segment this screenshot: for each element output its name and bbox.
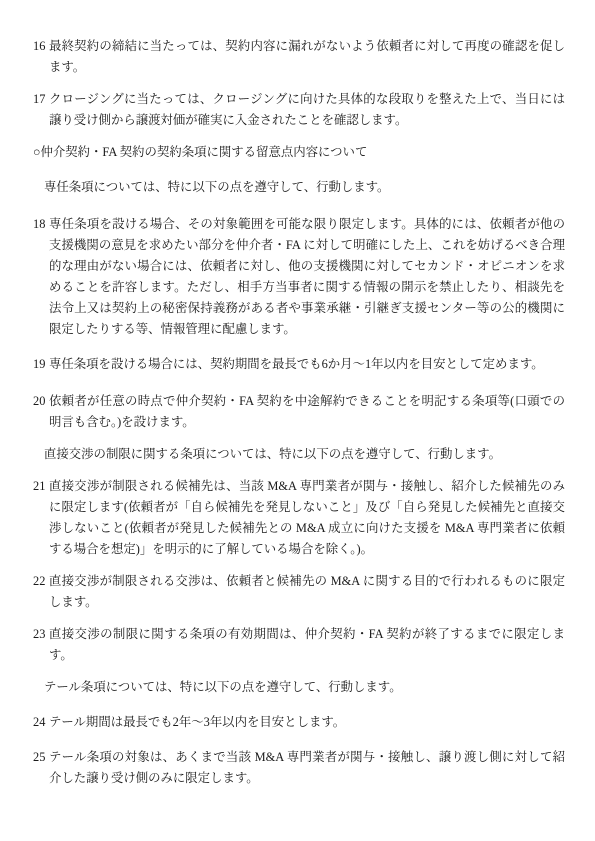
subsection-intro-tail-clause: テール条項については、特に以下の点を遵守して、行動します。 xyxy=(33,677,565,698)
list-item-21: 21 直接交渉が制限される候補先は、当該 M&A 専門業者が関与・接触し、紹介し… xyxy=(33,476,565,560)
item-text: クロージングに当たっては、クロージングに向けた具体的な段取りを整えた上で、当日に… xyxy=(49,89,565,131)
item-text: 専任条項を設ける場合には、契約期間を最長でも6か月〜1年以内を目安として定めます… xyxy=(49,354,565,375)
item-number: 24 xyxy=(33,712,49,733)
item-text: テール条項の対象は、あくまで当該 M&A 専門業者が関与・接触し、譲り渡し側に対… xyxy=(49,747,565,789)
section-heading: ○仲介契約・FA 契約の契約条項に関する留意点内容について xyxy=(33,142,565,163)
item-number: 25 xyxy=(33,747,49,789)
item-text: 直接交渉が制限される候補先は、当該 M&A 専門業者が関与・接触し、紹介した候補… xyxy=(49,476,565,560)
subsection-intro-direct-negotiation: 直接交渉の制限に関する条項については、特に以下の点を遵守して、行動します。 xyxy=(33,444,565,465)
item-number: 17 xyxy=(33,89,49,131)
item-text: 依頼者が任意の時点で仲介契約・FA 契約を中途解約できることを明記する条項等(口… xyxy=(49,391,565,433)
item-number: 20 xyxy=(33,391,49,433)
item-number: 19 xyxy=(33,354,49,375)
list-item-20: 20 依頼者が任意の時点で仲介契約・FA 契約を中途解約できることを明記する条項… xyxy=(33,391,565,433)
list-item-25: 25 テール条項の対象は、あくまで当該 M&A 専門業者が関与・接触し、譲り渡し… xyxy=(33,747,565,789)
item-number: 23 xyxy=(33,624,49,666)
list-item-19: 19 専任条項を設ける場合には、契約期間を最長でも6か月〜1年以内を目安として定… xyxy=(33,354,565,375)
list-item-23: 23 直接交渉の制限に関する条項の有効期間は、仲介契約・FA 契約が終了するまで… xyxy=(33,624,565,666)
item-number: 16 xyxy=(33,36,49,78)
list-item-16: 16 最終契約の締結に当たっては、契約内容に漏れがないよう依頼者に対して再度の確… xyxy=(33,36,565,78)
item-text: 直接交渉が制限される交渉は、依頼者と候補先の M&A に関する目的で行われるもの… xyxy=(49,571,565,613)
document-page: 16 最終契約の締結に当たっては、契約内容に漏れがないよう依頼者に対して再度の確… xyxy=(0,0,595,841)
list-item-17: 17 クロージングに当たっては、クロージングに向けた具体的な段取りを整えた上で、… xyxy=(33,89,565,131)
list-item-24: 24 テール期間は最長でも2年〜3年以内を目安とします。 xyxy=(33,712,565,733)
item-text: 専任条項を設ける場合、その対象範囲を可能な限り限定します。具体的には、依頼者が他… xyxy=(49,214,565,340)
subsection-intro-exclusive-clause: 専任条項については、特に以下の点を遵守して、行動します。 xyxy=(33,177,565,198)
list-item-18: 18 専任条項を設ける場合、その対象範囲を可能な限り限定します。具体的には、依頼… xyxy=(33,214,565,340)
item-number: 22 xyxy=(33,571,49,613)
item-text: 最終契約の締結に当たっては、契約内容に漏れがないよう依頼者に対して再度の確認を促… xyxy=(49,36,565,78)
item-text: テール期間は最長でも2年〜3年以内を目安とします。 xyxy=(49,712,565,733)
item-number: 18 xyxy=(33,214,49,340)
item-text: 直接交渉の制限に関する条項の有効期間は、仲介契約・FA 契約が終了するまでに限定… xyxy=(49,624,565,666)
list-item-22: 22 直接交渉が制限される交渉は、依頼者と候補先の M&A に関する目的で行われ… xyxy=(33,571,565,613)
item-number: 21 xyxy=(33,476,49,560)
